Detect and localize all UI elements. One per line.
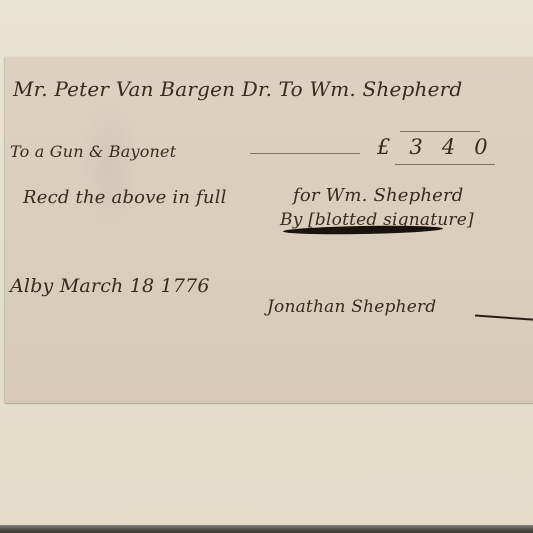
frame-edge: [0, 525, 533, 533]
receipt-paper: Mr. Peter Van Bargen Dr. To Wm. Shepherd…: [5, 57, 533, 403]
item-description: To a Gun & Bayonet: [10, 142, 176, 161]
signature-flourish: [475, 315, 533, 322]
signature: Jonathan Shepherd: [267, 297, 436, 317]
item-amount: £ 3 4 0: [377, 135, 488, 159]
receipt-for: for Wm. Shepherd: [293, 185, 464, 206]
amount-underline: [395, 164, 495, 165]
receipt-line: Recd the above in full: [23, 187, 227, 208]
amount-overline: [400, 131, 480, 132]
leader-line: [250, 153, 360, 154]
date-line: Alby March 18 1776: [10, 275, 210, 297]
header-line: Mr. Peter Van Bargen Dr. To Wm. Shepherd: [13, 77, 462, 101]
